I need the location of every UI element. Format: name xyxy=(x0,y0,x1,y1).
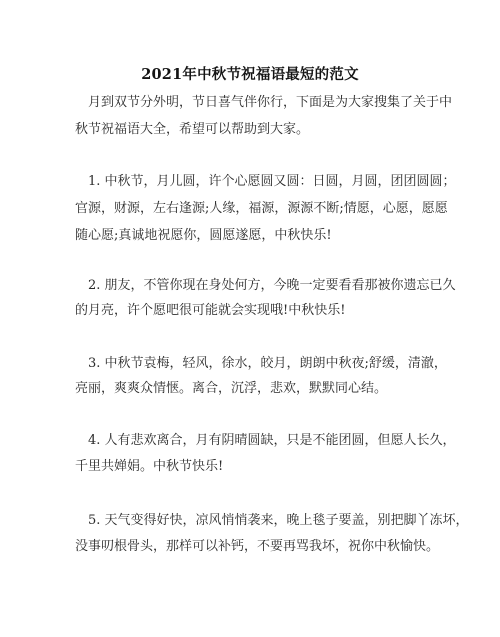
wish-item-1-line-1: 1. 中秋节，月儿圆，许个心愿圆又圆：日圆，月圆，团团圆圆； xyxy=(88,174,415,190)
wish-item-2-line-2: 的月亮，许个愿吧很可能就会实现哦!中秋快乐! xyxy=(75,303,415,319)
wish-item-3-line-1: 3. 中秋节袁梅，轻风，徐水，皎月，朗朗中秋夜;舒缓，清澈， xyxy=(88,356,415,372)
wish-item-4-line-1: 4. 人有悲欢离合，月有阴晴圆缺，只是不能团圆，但愿人长久， xyxy=(88,433,415,449)
wish-item-1-line-3: 随心愿;真诚地祝愿你，圆愿遂愿，中秋快乐! xyxy=(75,228,415,244)
wish-item-2-line-1: 2. 朋友，不管你现在身处何方，今晚一定要看看那被你遗忘已久 xyxy=(88,278,415,294)
wish-item-1-line-2: 官源，财源，左右逢源;人缘，福源，源源不断;情愿，心愿，愿愿 xyxy=(75,201,415,217)
wish-item-5-line-2: 没事叨根骨头，那样可以补钙，不要再骂我坏，祝你中秋愉快。 xyxy=(75,539,415,555)
document-page: 2021年中秋节祝福语最短的范文 月到双节分外明，节日喜气伴你行，下面是为大家搜… xyxy=(0,0,500,637)
wish-item-4-line-2: 千里共婵娟。中秋节快乐! xyxy=(75,459,415,475)
intro-line-2: 秋节祝福语大全，希望可以帮助到大家。 xyxy=(75,122,415,138)
intro-line-1: 月到双节分外明，节日喜气伴你行，下面是为大家搜集了关于中 xyxy=(88,95,415,111)
wish-item-3-line-2: 亮丽，爽爽众情惬。离合，沉浮，悲欢，默默同心结。 xyxy=(75,381,415,397)
wish-item-5-line-1: 5. 天气变得好快，凉风悄悄袭来，晚上毯子要盖，别把脚丫冻坏， xyxy=(88,513,415,529)
document-title: 2021年中秋节祝福语最短的范文 xyxy=(0,66,500,84)
